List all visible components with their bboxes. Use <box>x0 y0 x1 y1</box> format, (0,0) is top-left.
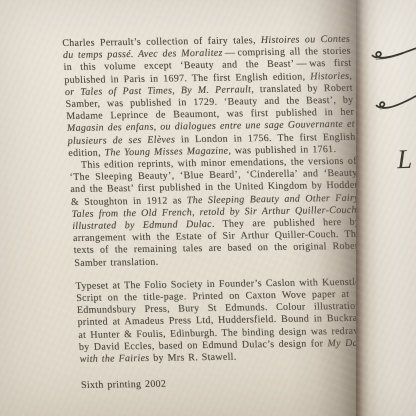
page-gutter-shadow <box>288 0 358 416</box>
title-script-letter: L <box>396 144 412 175</box>
calligraphic-flourish-icon <box>371 42 416 62</box>
book-photo: Charles Perrault’s collection of fairy t… <box>0 0 416 416</box>
calligraphic-flourish-icon <box>375 90 416 113</box>
facing-title-page <box>356 0 416 416</box>
